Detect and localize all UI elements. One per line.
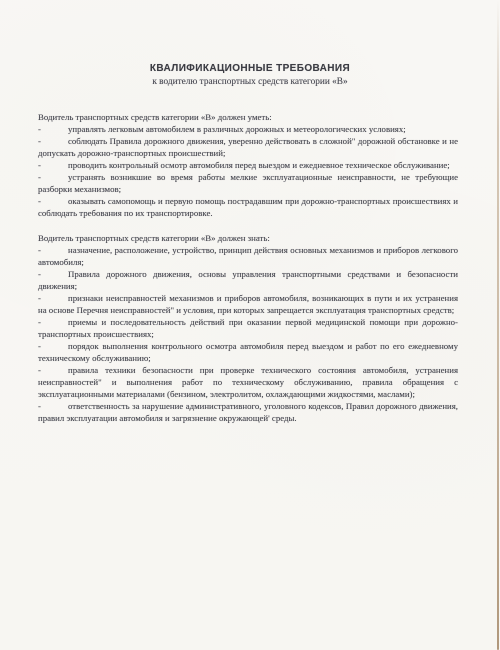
list-item-text: устранять возникшие во время работы мелк… (38, 172, 458, 194)
scan-edge-artifact (497, 0, 499, 650)
list-item-text: соблюдать Правила дорожного движения, ув… (38, 136, 458, 158)
list-item-marker: - (38, 195, 68, 207)
list-item-marker: - (38, 316, 68, 328)
list-item-marker: - (38, 268, 68, 280)
list-item-marker: - (38, 123, 68, 135)
document-header: КВАЛИФИКАЦИОННЫЕ ТРЕБОВАНИЯ к водителю т… (0, 0, 500, 88)
list-item-marker: - (38, 340, 68, 352)
list-item-marker: - (38, 244, 68, 256)
list-item-text: признаки неисправностей механизмов и при… (38, 293, 458, 315)
list-item: -назначение, расположение, устройство, п… (38, 244, 458, 268)
list-item: -приемы и последовательность действий пр… (38, 316, 458, 340)
section-heading: Водитель транспортных средств категории … (38, 232, 458, 244)
list-item-marker: - (38, 364, 68, 376)
list-item-marker: - (38, 292, 68, 304)
list-item-text: ответственность за нарушение администрат… (38, 401, 458, 423)
list-item-marker: - (38, 400, 68, 412)
list-item: -признаки неисправностей механизмов и пр… (38, 292, 458, 316)
list-item: -Правила дорожного движения, основы упра… (38, 268, 458, 292)
list-item-text: оказывать самопомощь и первую помощь пос… (38, 196, 458, 218)
section-heading: Водитель транспортных средств категории … (38, 111, 458, 123)
list-item: -проводить контрольный осмотр автомобиля… (38, 159, 458, 171)
list-item: -порядок выполнения контрольного осмотра… (38, 340, 458, 364)
document-body: Водитель транспортных средств категории … (38, 111, 458, 424)
document-page: КВАЛИФИКАЦИОННЫЕ ТРЕБОВАНИЯ к водителю т… (0, 0, 500, 650)
list-item-marker: - (38, 135, 68, 147)
list-item-text: Правила дорожного движения, основы управ… (38, 269, 458, 291)
list-item: -правила техники безопасности при провер… (38, 364, 458, 400)
list-item-text: правила техники безопасности при проверк… (38, 365, 458, 399)
document-title: КВАЛИФИКАЦИОННЫЕ ТРЕБОВАНИЯ (0, 63, 500, 75)
list-item-text: управлять легковым автомобилем в различн… (68, 124, 406, 134)
list-item-text: назначение, расположение, устройство, пр… (38, 245, 458, 267)
list-item-marker: - (38, 159, 68, 171)
list-item: -устранять возникшие во время работы мел… (38, 171, 458, 195)
section-must-know: Водитель транспортных средств категории … (38, 232, 458, 424)
document-subtitle: к водителю транспортных средств категори… (0, 76, 500, 88)
list-item-text: порядок выполнения контрольного осмотра … (38, 341, 458, 363)
list-item-marker: - (38, 171, 68, 183)
list-item: -ответственность за нарушение администра… (38, 400, 458, 424)
section-must-be-able: Водитель транспортных средств категории … (38, 111, 458, 219)
list-item: -управлять легковым автомобилем в различ… (38, 123, 458, 135)
list-item-text: приемы и последовательность действий при… (38, 317, 458, 339)
list-item-text: проводить контрольный осмотр автомобиля … (68, 160, 450, 170)
list-item: -соблюдать Правила дорожного движения, у… (38, 135, 458, 159)
list-item: -оказывать самопомощь и первую помощь по… (38, 195, 458, 219)
